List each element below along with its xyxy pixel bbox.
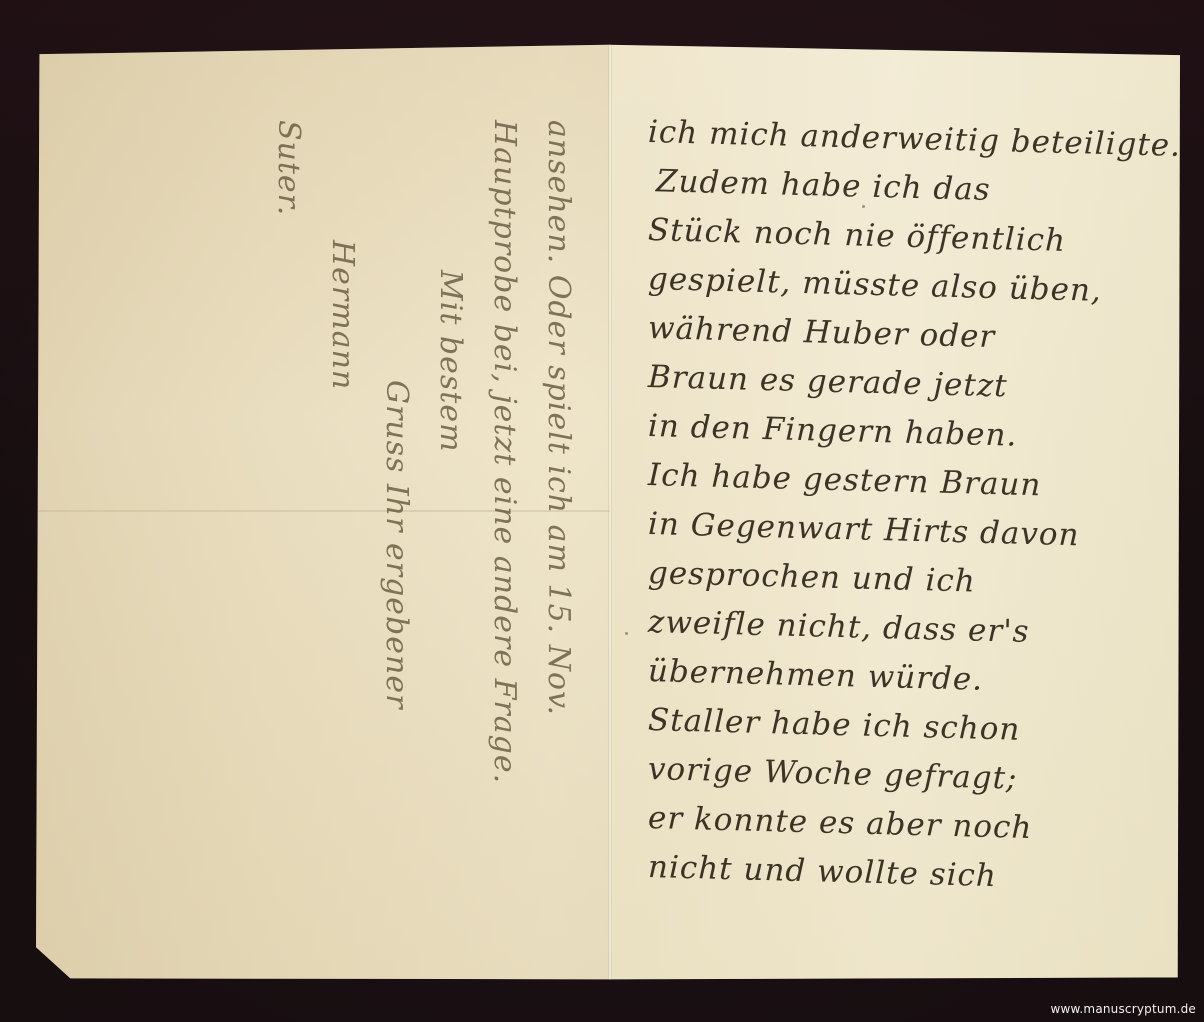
left-line-1: ansehen. Oder spielt ich am 15. Nov. xyxy=(531,120,585,980)
center-fold-crease xyxy=(608,40,612,985)
signature-last-name: Suter. xyxy=(261,120,315,980)
closing-line-2: Gruss Ihr ergebener xyxy=(369,120,423,980)
ink-speck xyxy=(625,632,628,635)
right-page-text: ich mich anderweitig beteiligte. Zudem h… xyxy=(648,108,1188,892)
left-page-text: ansehen. Oder spielt ich am 15. Nov. Hau… xyxy=(385,120,585,980)
left-line-2: Hauptprobe bei, jetzt eine andere Frage. xyxy=(477,120,531,980)
closing-line-1: Mit bestem xyxy=(423,120,477,980)
watermark-text: www.manuscryptum.de xyxy=(1050,1002,1196,1016)
signature-first-name: Hermann xyxy=(315,120,369,980)
ink-speck xyxy=(862,205,865,208)
